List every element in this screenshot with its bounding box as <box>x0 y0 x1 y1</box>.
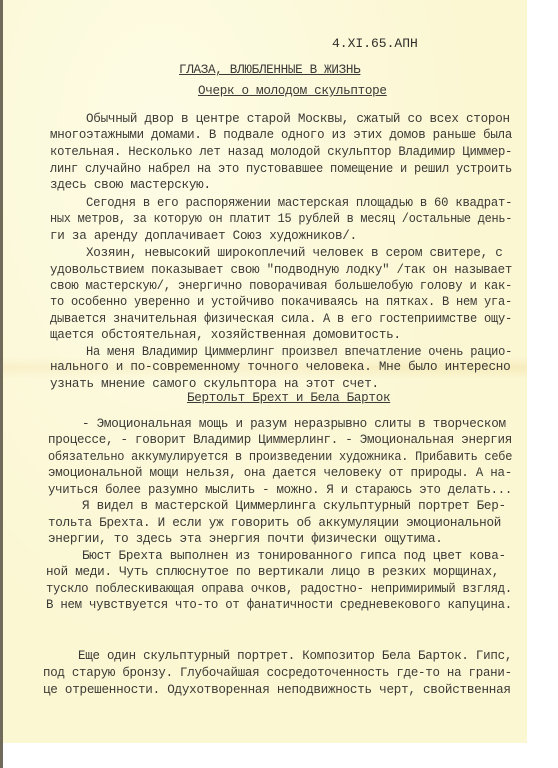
text-line: Обычный двор в центре старой Москвы, сжа… <box>86 113 510 126</box>
text-line: удовольствием показывает свою "подводную… <box>50 264 512 277</box>
text-line: то особенно уверенно и устойчиво покачив… <box>50 296 512 309</box>
text-line: щается обстоятельная, хозяйственная домо… <box>50 329 401 342</box>
text-line: узнать мнение самого скульптора на этот … <box>50 378 379 391</box>
text-line: Сегодня в его распоряжении мастерская пл… <box>86 197 512 210</box>
text-line: На меня Владимир Циммерлинг произвел впе… <box>86 346 512 359</box>
text-line: Хозяин, невысокий широкоплечий человек в… <box>86 247 503 260</box>
text-line: здесь свою мастерскую. <box>50 179 211 192</box>
text-line: - Эмоциональная мощь и разум неразрывно … <box>82 418 506 431</box>
dateline: 4.XI.65.АПН <box>332 36 418 51</box>
text-line: нального и по-современному точного челов… <box>50 361 510 374</box>
text-line: эмоциональной мощи нельзя, она дается че… <box>48 467 512 480</box>
text-line: Я видел в мастерской Циммерлинга скульпт… <box>82 500 506 513</box>
text-line: энергии, то здесь эта энергия почти физи… <box>48 533 443 546</box>
section-heading: Бертольт Брехт и Бела Барток <box>187 391 390 405</box>
text-line: процессе, - говорит Владимир Циммерлинг.… <box>48 434 512 447</box>
text-line: це отрешенности. Одухотворенная неподвиж… <box>43 684 511 697</box>
text-line: Еще один скульптурный портрет. Композито… <box>78 650 512 663</box>
text-line: В нем чувствуется что-то от фанатичности… <box>46 599 512 612</box>
text-line: котельная. Несколько лет назад молодой с… <box>50 146 512 159</box>
article-title: ГЛАЗА, ВЛЮБЛЕННЫЕ В ЖИЗНЬ <box>179 63 360 77</box>
text-line: свою мастерскую/, энергично поворачивая … <box>50 280 512 293</box>
text-line: учиться более разумно мыслить - можно. Я… <box>48 484 512 497</box>
text-line: под старую бронзу. Глубочайшая сосредото… <box>43 667 512 680</box>
text-line: многоэтажными домами. В подвале одного и… <box>50 129 512 142</box>
text-line: обязательно аккумулируется в произведени… <box>48 451 512 464</box>
text-line: тускло поблескивающая оправа очков, радо… <box>46 583 512 596</box>
text-line: тольта Брехта. И если уж говорить об акк… <box>48 517 501 530</box>
text-line: Бюст Брехта выполнен из тонированного ги… <box>82 550 506 563</box>
text-line: дывается значительная физическая сила. А… <box>50 313 512 326</box>
article-subtitle: Очерк о молодом скульпторе <box>198 84 387 98</box>
text-line: ных метров, за которую он платит 15 рубл… <box>50 213 512 226</box>
text-line: линг случайно набрел на это пустовавшее … <box>50 163 512 176</box>
text-line: ги за аренду доплачивает Союз художников… <box>50 230 357 243</box>
text-line: ной меди. Чуть сплюснутое по вертикали л… <box>46 566 499 579</box>
